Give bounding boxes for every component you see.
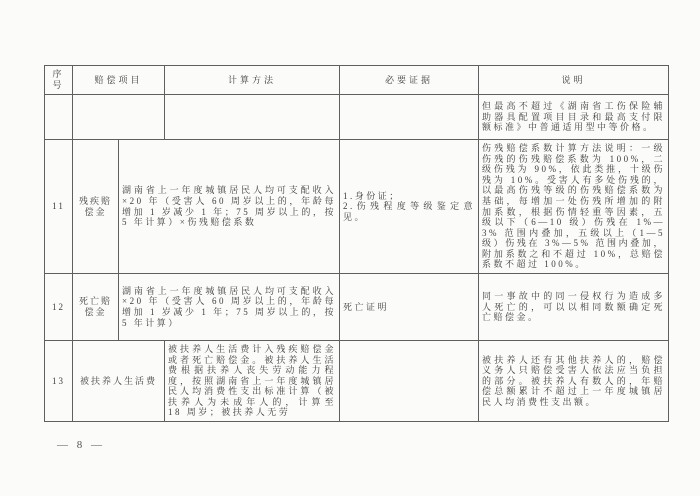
header-note: 说明 (479, 66, 669, 95)
cell-11-evidence: 1.身份证； 2.伤残程度等级鉴定意见。 (340, 140, 479, 274)
cell-12-method: 湖南省上一年度城镇居民人均可支配收入×20 年（受害人 60 周岁以上的，年龄每… (119, 274, 340, 341)
page-number: — 8 — (57, 439, 105, 451)
table-row-13: 13 被扶养人生活费 被扶养人生活费计入残疾赔偿金或者死亡赔偿金。被扶养人生活费… (45, 341, 669, 422)
table-header-row: 序号 赔偿项目 计算方法 必要证据 说明 (45, 66, 669, 95)
cell-11-seq: 11 (45, 140, 73, 274)
cell-cont-evidence (340, 95, 479, 140)
cell-13-seq: 13 (45, 341, 73, 422)
table-row-11: 11 残疾赔偿金 湖南省上一年度城镇居民人均可支配收入×20 年（受害人 60 … (45, 140, 669, 274)
header-evidence: 必要证据 (340, 66, 479, 95)
table-row-continuation: 但最高不超过《湖南省工伤保险辅助器具配置项目目录和最高支付限额标准》中普通适用型… (45, 95, 669, 140)
header-seq: 序号 (45, 66, 73, 95)
cell-13-evidence (340, 341, 479, 422)
cell-13-method: 被扶养人生活费计入残疾赔偿金或者死亡赔偿金。被扶养人生活费根据扶养人丧失劳动能力… (165, 341, 340, 422)
header-method: 计算方法 (165, 66, 340, 95)
cell-12-item: 死亡赔偿金 (73, 274, 119, 341)
scanned-document-page: 序号 赔偿项目 计算方法 必要证据 说明 但最高不超过《湖南省工伤保险辅助器具配… (0, 0, 700, 496)
cell-cont-method (165, 95, 340, 140)
cell-11-note: 伤残赔偿系数计算方法说明：一级伤残的伤残赔偿系数为 100%，二级伤残为 90%… (479, 140, 669, 274)
cell-12-evidence: 死亡证明 (340, 274, 479, 341)
cell-12-note: 同一事故中的同一侵权行为造成多人死亡的，可以以相同数额确定死亡赔偿金。 (479, 274, 669, 341)
cell-cont-note: 但最高不超过《湖南省工伤保险辅助器具配置项目目录和最高支付限额标准》中普通适用型… (479, 95, 669, 140)
header-item: 赔偿项目 (73, 66, 165, 95)
cell-11-method: 湖南省上一年度城镇居民人均可支配收入×20 年（受害人 60 周岁以上的，年龄每… (119, 140, 340, 274)
cell-12-seq: 12 (45, 274, 73, 341)
table-row-12: 12 死亡赔偿金 湖南省上一年度城镇居民人均可支配收入×20 年（受害人 60 … (45, 274, 669, 341)
cell-13-item: 被扶养人生活费 (73, 341, 165, 422)
cell-11-item: 残疾赔偿金 (73, 140, 119, 274)
compensation-table: 序号 赔偿项目 计算方法 必要证据 说明 但最高不超过《湖南省工伤保险辅助器具配… (44, 65, 669, 422)
cell-13-note: 被扶养人还有其他扶养人的，赔偿义务人只赔偿受害人依法应当负担的部分。被扶养人有数… (479, 341, 669, 422)
cell-cont-item (73, 95, 165, 140)
cell-cont-seq (45, 95, 73, 140)
